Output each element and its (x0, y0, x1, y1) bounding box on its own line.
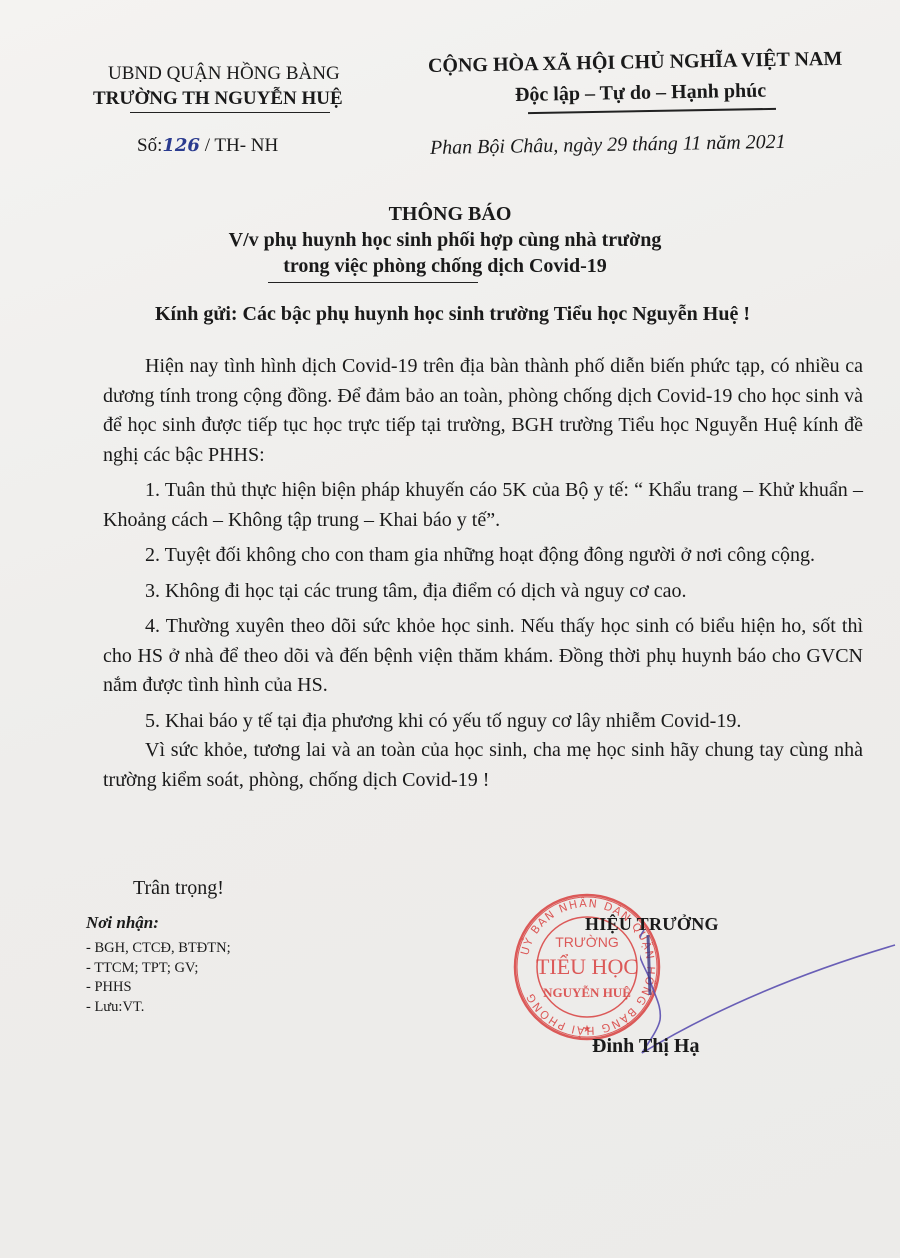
document-body: Hiện nay tình hình dịch Covid-19 trên đị… (103, 352, 863, 795)
org-parent-name: UBND QUẬN HỒNG BÀNG (108, 63, 340, 85)
intro-paragraph: Hiện nay tình hình dịch Covid-19 trên đị… (103, 352, 863, 470)
document-title: THÔNG BÁO (0, 203, 900, 226)
list-item-4: 4. Thường xuyên theo dõi sức khỏe học si… (103, 612, 863, 701)
national-motto-underline (528, 108, 776, 114)
place-date: Phan Bội Châu, ngày 29 tháng 11 năm 2021 (430, 131, 786, 160)
stamp-line-3: NGUYỄN HUỆ (543, 985, 631, 1000)
subject-underline (268, 282, 478, 283)
document-number: Số:126 / TH- NH (137, 135, 278, 157)
stamp-line-1: TRƯỜNG (555, 934, 619, 950)
doc-number-suffix: / TH- NH (200, 135, 278, 156)
conclusion-paragraph: Vì sức khỏe, tương lai và an toàn của họ… (103, 736, 863, 795)
subject-line-2: trong việc phòng chống dịch Covid-19 (0, 255, 890, 278)
recipient-item: - TTCM; TPT; GV; (86, 959, 231, 979)
stamp-line-2: TIỂU HỌC (536, 954, 638, 979)
stamp-star: ★ (583, 1024, 592, 1035)
recipient-item: - BGH, CTCĐ, BTĐTN; (86, 939, 231, 959)
list-item-1: 1. Tuân thủ thực hiện biện pháp khuyến c… (103, 476, 863, 535)
doc-number-label: Số: (137, 135, 162, 156)
recipients-heading: Nơi nhận: (86, 913, 159, 933)
national-title: CỘNG HÒA XÃ HỘI CHỦ NGHĨA VIỆT NAM (428, 48, 843, 78)
recipients-list: - BGH, CTCĐ, BTĐTN; - TTCM; TPT; GV; - P… (86, 939, 231, 1017)
list-item-5: 5. Khai báo y tế tại địa phương khi có y… (103, 707, 863, 737)
school-name-underline (130, 112, 330, 113)
greeting: Kính gửi: Các bậc phụ huynh học sinh trư… (0, 303, 900, 326)
list-item-3: 3. Không đi học tại các trung tâm, địa đ… (103, 577, 863, 607)
doc-number-handwritten: 126 (162, 135, 200, 156)
closing-salutation: Trân trọng! (133, 877, 224, 900)
national-motto: Độc lập – Tự do – Hạnh phúc (515, 80, 767, 107)
recipient-item: - Lưu:VT. (86, 998, 231, 1018)
school-name: TRƯỜNG TH NGUYỄN HUỆ (93, 88, 343, 110)
subject-line-1: V/v phụ huynh học sinh phối hợp cùng nhà… (0, 229, 890, 252)
list-item-2: 2. Tuyệt đối không cho con tham gia nhữn… (103, 541, 863, 571)
recipient-item: - PHHS (86, 978, 231, 998)
signatory-name: Đinh Thị Hạ (592, 1035, 699, 1058)
